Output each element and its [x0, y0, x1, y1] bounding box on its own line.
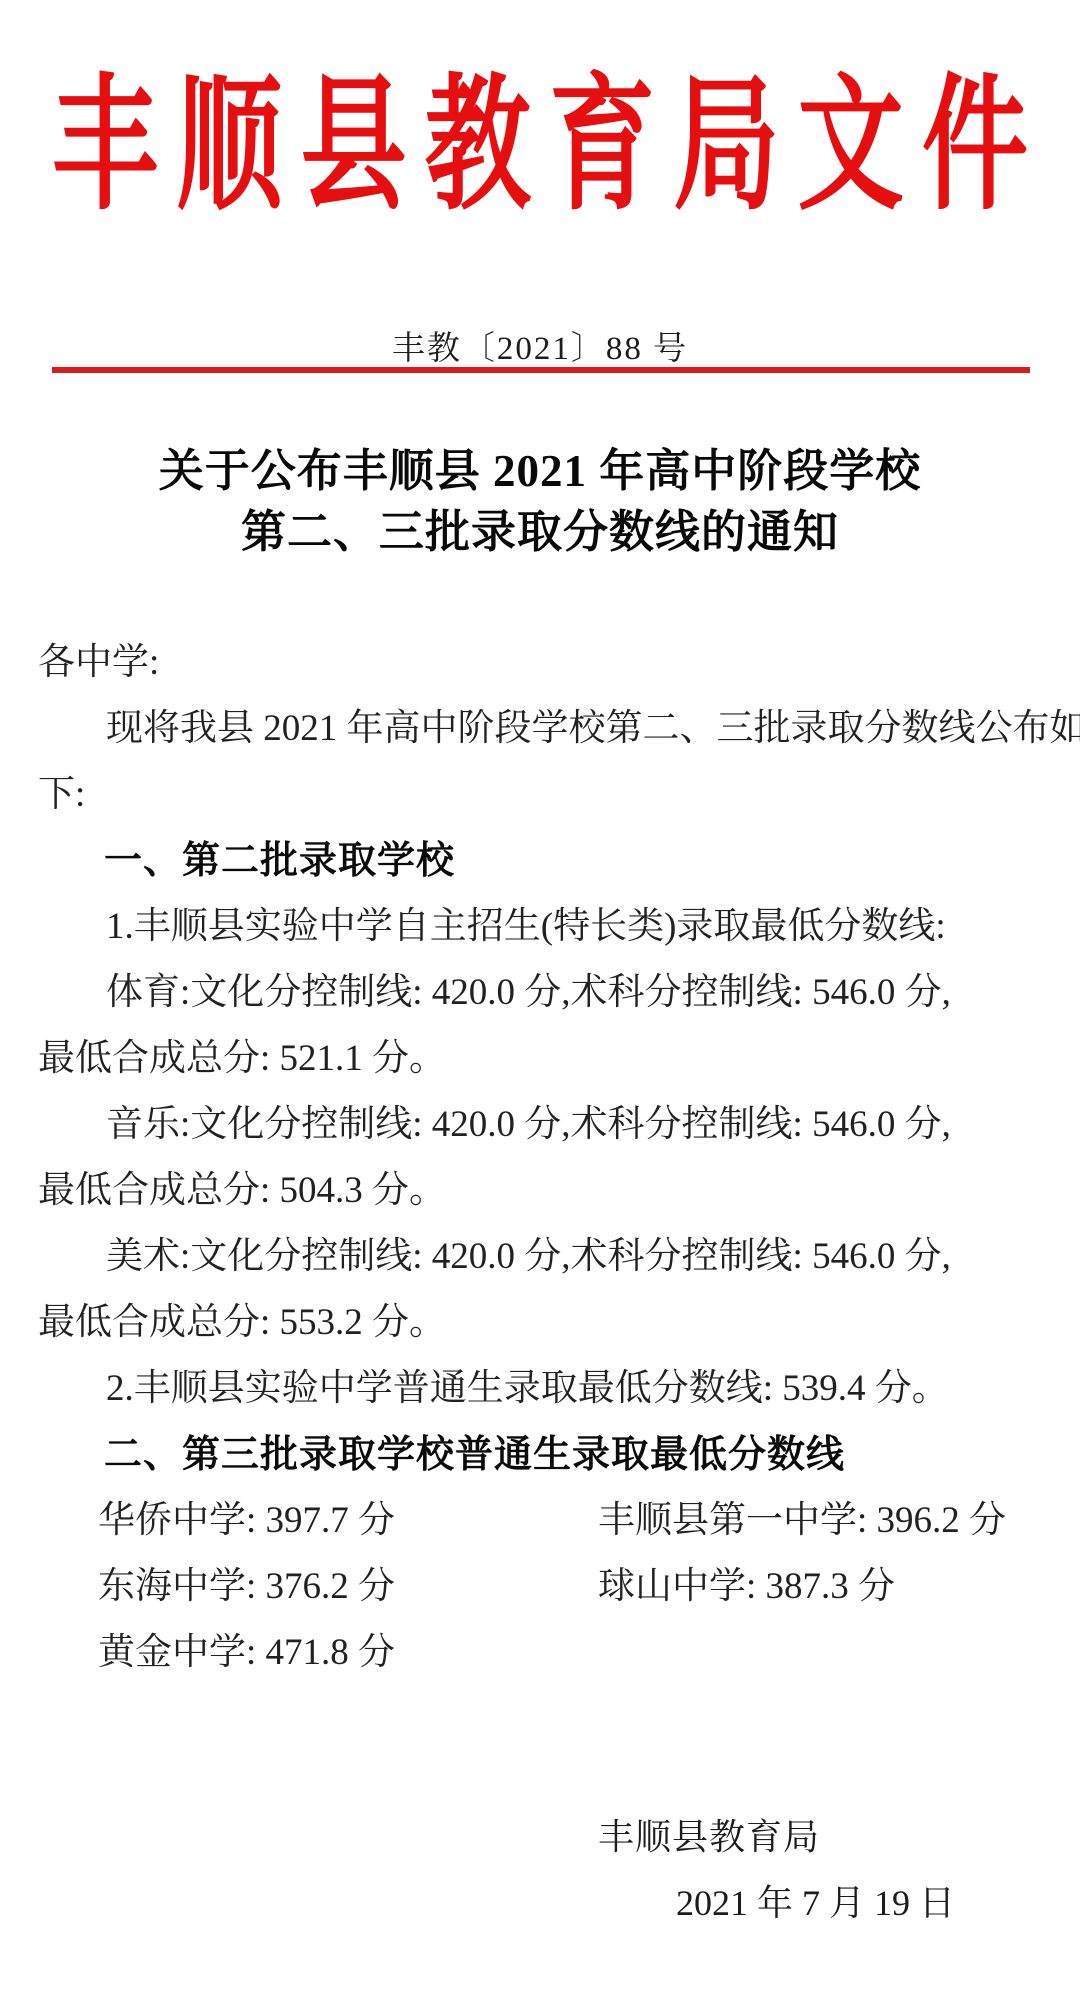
document-body: 各中学: 现将我县 2021 年高中阶段学校第二、三批录取分数线公布如 下: 一…	[38, 630, 1046, 1686]
doc-number: 丰教〔2021〕88 号	[0, 330, 1080, 368]
music-score-line2: 最低合成总分: 504.3 分。	[38, 1158, 1046, 1224]
document-title-line1: 关于公布丰顺县 2021 年高中阶段学校	[40, 441, 1040, 502]
intro-line2: 下:	[38, 762, 1046, 828]
signature-date: 2021 年 7 月 19 日	[676, 1870, 1046, 1936]
art-score-line1: 美术:文化分控制线: 420.0 分,术科分控制线: 546.0 分,	[38, 1224, 1046, 1290]
signature-block: 丰顺县教育局 2021 年 7 月 19 日	[38, 1804, 1046, 1936]
schools-row: 华侨中学: 397.7 分 丰顺县第一中学: 396.2 分	[38, 1488, 1046, 1554]
document-title: 关于公布丰顺县 2021 年高中阶段学校 第二、三批录取分数线的通知	[40, 441, 1040, 563]
sports-score-line1: 体育:文化分控制线: 420.0 分,术科分控制线: 546.0 分,	[38, 960, 1046, 1026]
banner-character: 育	[549, 74, 655, 220]
school-score-huangjin: 黄金中学: 471.8 分	[98, 1620, 598, 1686]
banner-character: 文	[798, 74, 904, 220]
school-score-huaqiao: 华侨中学: 397.7 分	[98, 1488, 598, 1554]
section3-heading: 二、第三批录取学校普通生录取最低分数线	[38, 1422, 1046, 1488]
art-score-line2: 最低合成总分: 553.2 分。	[38, 1290, 1046, 1356]
banner-character: 顺	[176, 74, 282, 220]
school-score-donghai: 东海中学: 376.2 分	[98, 1554, 598, 1620]
schools-row-empty-cell	[598, 1620, 1046, 1686]
school-score-fengshun-no1: 丰顺县第一中学: 396.2 分	[598, 1488, 1046, 1554]
schools-row: 东海中学: 376.2 分 球山中学: 387.3 分	[38, 1554, 1046, 1620]
red-separator-rule	[52, 367, 1030, 373]
schools-row: 黄金中学: 471.8 分	[38, 1620, 1046, 1686]
banner-character: 局	[673, 74, 779, 220]
agency-banner-title: 丰顺县教育局文件	[52, 74, 1028, 281]
document-page: 丰顺县教育局文件 丰教〔2021〕88 号 关于公布丰顺县 2021 年高中阶段…	[0, 0, 1080, 2009]
banner-character: 教	[425, 74, 531, 220]
section2-regular-score-line: 2.丰顺县实验中学普通生录取最低分数线: 539.4 分。	[38, 1356, 1046, 1422]
sports-score-line2: 最低合成总分: 521.1 分。	[38, 1026, 1046, 1092]
salutation: 各中学:	[38, 630, 1046, 696]
banner-character: 丰	[52, 74, 158, 220]
section2-special-intro: 1.丰顺县实验中学自主招生(特长类)录取最低分数线:	[38, 894, 1046, 960]
intro-line1: 现将我县 2021 年高中阶段学校第二、三批录取分数线公布如	[38, 696, 1046, 762]
section2-heading: 一、第二批录取学校	[38, 828, 1046, 894]
school-score-qiushan: 球山中学: 387.3 分	[598, 1554, 1046, 1620]
banner-character: 件	[922, 74, 1028, 220]
banner-character: 县	[301, 74, 407, 220]
document-title-line2: 第二、三批录取分数线的通知	[40, 502, 1040, 563]
music-score-line1: 音乐:文化分控制线: 420.0 分,术科分控制线: 546.0 分,	[38, 1092, 1046, 1158]
signature-agency: 丰顺县教育局	[598, 1804, 1046, 1870]
